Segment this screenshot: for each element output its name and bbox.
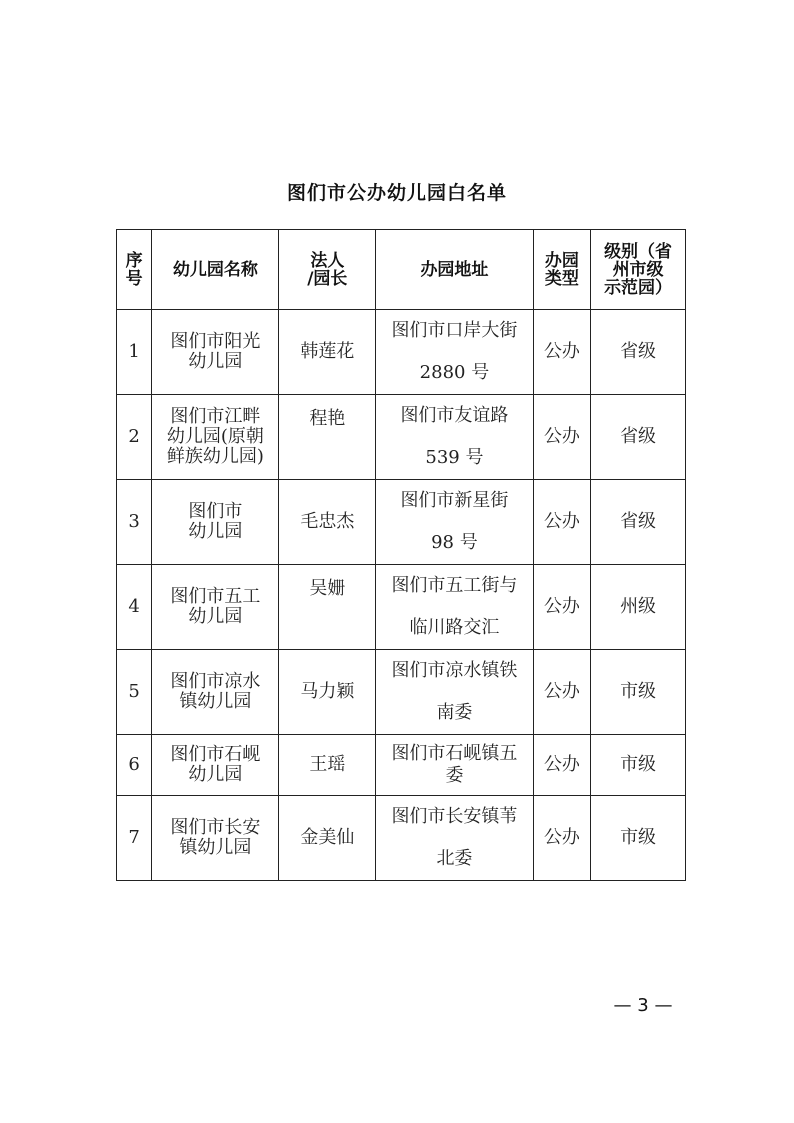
- cell-name: 图们市凉水 镇幼儿园: [152, 650, 279, 735]
- header-type: 办园 类型: [533, 230, 591, 310]
- page-number: — 3 —: [608, 995, 678, 1016]
- cell-type: 公办: [533, 395, 591, 480]
- table-row: 6 图们市石岘 幼儿园 王瑶 图们市石岘镇五 委 公办 市级: [117, 735, 686, 796]
- cell-no: 4: [117, 565, 152, 650]
- header-legal-person: 法人 /园长: [279, 230, 376, 310]
- cell-name: 图们市长安 镇幼儿园: [152, 796, 279, 881]
- table-row: 2 图们市江畔 幼儿园(原朝 鲜族幼儿园) 程艳 图们市友谊路 539 号 公办…: [117, 395, 686, 480]
- cell-level: 省级: [591, 310, 686, 395]
- cell-name: 图们市五工 幼儿园: [152, 565, 279, 650]
- cell-level: 省级: [591, 480, 686, 565]
- cell-legal-person: 程艳: [279, 395, 376, 480]
- cell-level: 市级: [591, 735, 686, 796]
- cell-name: 图们市江畔 幼儿园(原朝 鲜族幼儿园): [152, 395, 279, 480]
- cell-level: 市级: [591, 796, 686, 881]
- cell-legal-person: 韩莲花: [279, 310, 376, 395]
- cell-address: 图们市新星街 98 号: [376, 480, 533, 565]
- cell-name: 图们市 幼儿园: [152, 480, 279, 565]
- cell-legal-person: 金美仙: [279, 796, 376, 881]
- cell-type: 公办: [533, 796, 591, 881]
- cell-no: 1: [117, 310, 152, 395]
- cell-level: 市级: [591, 650, 686, 735]
- cell-address: 图们市凉水镇铁 南委: [376, 650, 533, 735]
- cell-no: 6: [117, 735, 152, 796]
- kindergarten-whitelist-table: 序 号 幼儿园名称 法人 /园长 办园地址 办园 类型 级别（省 州市级 示范园…: [116, 229, 686, 881]
- document-title: 图们市公办幼儿园白名单: [0, 178, 794, 205]
- cell-address: 图们市友谊路 539 号: [376, 395, 533, 480]
- cell-type: 公办: [533, 480, 591, 565]
- header-kindergarten-name: 幼儿园名称: [152, 230, 279, 310]
- cell-no: 7: [117, 796, 152, 881]
- table-header-row: 序 号 幼儿园名称 法人 /园长 办园地址 办园 类型 级别（省 州市级 示范园…: [117, 230, 686, 310]
- cell-name: 图们市阳光 幼儿园: [152, 310, 279, 395]
- table-row: 7 图们市长安 镇幼儿园 金美仙 图们市长安镇苇 北委 公办 市级: [117, 796, 686, 881]
- cell-level: 省级: [591, 395, 686, 480]
- cell-legal-person: 马力颖: [279, 650, 376, 735]
- cell-address: 图们市口岸大街 2880 号: [376, 310, 533, 395]
- cell-no: 5: [117, 650, 152, 735]
- cell-level: 州级: [591, 565, 686, 650]
- table-row: 1 图们市阳光 幼儿园 韩莲花 图们市口岸大街 2880 号 公办 省级: [117, 310, 686, 395]
- cell-name: 图们市石岘 幼儿园: [152, 735, 279, 796]
- cell-legal-person: 毛忠杰: [279, 480, 376, 565]
- cell-legal-person: 吴姗: [279, 565, 376, 650]
- header-address: 办园地址: [376, 230, 533, 310]
- cell-type: 公办: [533, 565, 591, 650]
- cell-no: 2: [117, 395, 152, 480]
- cell-address: 图们市石岘镇五 委: [376, 735, 533, 796]
- table-row: 4 图们市五工 幼儿园 吴姗 图们市五工街与 临川路交汇 公办 州级: [117, 565, 686, 650]
- header-level: 级别（省 州市级 示范园）: [591, 230, 686, 310]
- cell-type: 公办: [533, 735, 591, 796]
- cell-address: 图们市五工街与 临川路交汇: [376, 565, 533, 650]
- cell-no: 3: [117, 480, 152, 565]
- cell-type: 公办: [533, 650, 591, 735]
- cell-legal-person: 王瑶: [279, 735, 376, 796]
- header-serial-number: 序 号: [117, 230, 152, 310]
- cell-type: 公办: [533, 310, 591, 395]
- table-row: 5 图们市凉水 镇幼儿园 马力颖 图们市凉水镇铁 南委 公办 市级: [117, 650, 686, 735]
- cell-address: 图们市长安镇苇 北委: [376, 796, 533, 881]
- table-row: 3 图们市 幼儿园 毛忠杰 图们市新星街 98 号 公办 省级: [117, 480, 686, 565]
